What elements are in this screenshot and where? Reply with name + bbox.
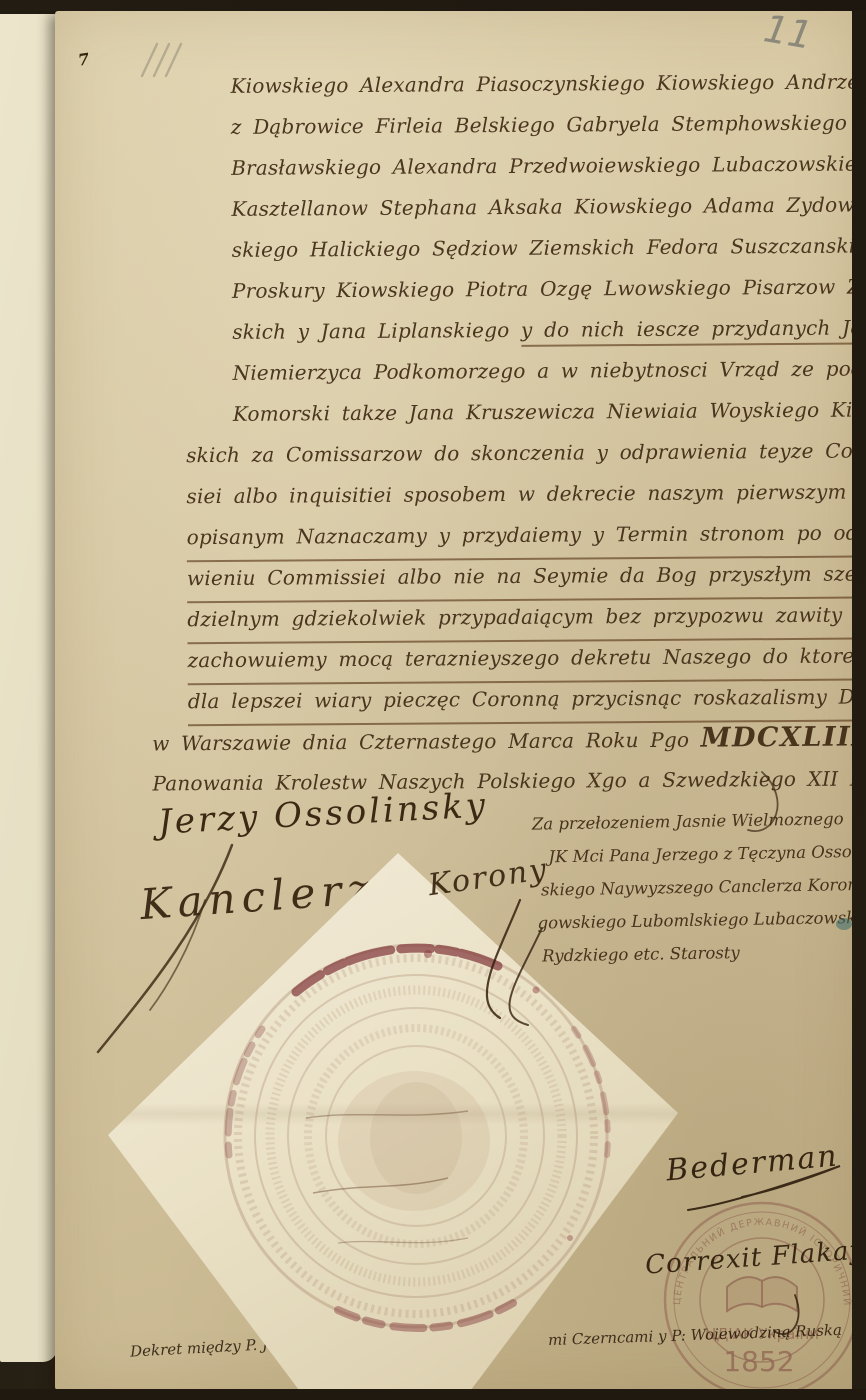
manuscript-line: Proskury Kiowskiego Piotra Ozgę Lwowskie…: [147, 267, 855, 313]
manuscript-line: Kiowskiego Alexandra Piasoczynskiego Kio…: [145, 62, 853, 108]
manuscript-line: skich y Jana Liplanskiego y do nich iesc…: [147, 308, 855, 354]
archive-stamp: ЦЕНТРАЛЬНИЙ ДЕРЖАВНИЙ ІСТОРИЧНИЙ АРХІВ У…: [655, 1195, 866, 1400]
manuscript-text: Kiowskiego Alexandra Piasoczynskiego Kio…: [145, 62, 858, 805]
manuscript-line: Brasławskiego Alexandra Przedwoiewskiego…: [146, 144, 854, 190]
wax-seal-impression: [218, 938, 614, 1334]
folio-number: 11: [761, 6, 816, 58]
manuscript-line: opisanym Naznaczamy y przydaiemy y Termi…: [149, 513, 857, 559]
backdrop-bottom-edge: [0, 1389, 866, 1400]
backdrop-right-edge: [852, 0, 866, 1400]
manuscript-line: dzielnym gdziekolwiek przypadaiącym bez …: [149, 595, 857, 641]
manuscript-line: wieniu Commissiei albo nie na Seymie da …: [149, 554, 857, 600]
archival-photograph: 11 7 Kiowskiego Alexandra Piasoczynskieg…: [0, 0, 866, 1400]
manuscript-line: z Dąbrowice Firleia Belskiego Gabryela S…: [146, 103, 854, 149]
manuscript-line: siei albo inquisitiei sposobem w dekreci…: [148, 472, 856, 518]
manuscript-line: Komorski takze Jana Kruszewicza Niewiaia…: [148, 390, 856, 436]
manuscript-line: zachowuiemy mocą teraznieyszego dekretu …: [149, 636, 857, 682]
manuscript-line: skich za Comissarzow do skonczenia y odp…: [148, 431, 856, 477]
manuscript-line: skiego Halickiego Sędziow Ziemskich Fedo…: [147, 226, 855, 272]
backdrop-top-edge: [0, 0, 866, 11]
stamp-number: 1852: [723, 1345, 794, 1378]
manuscript-line: dla lepszei wiary pieczęc Coronną przyci…: [150, 677, 858, 723]
manuscript-line: Niemierzyca Podkomorzego a w niebytnosci…: [147, 349, 855, 395]
manuscript-line: Kasztellanow Stephana Aksaka Kiowskiego …: [146, 185, 854, 231]
ink-blot: [836, 918, 852, 930]
open-book-icon: [727, 1277, 797, 1311]
underlying-page-edge: [0, 14, 57, 1362]
manuscript-line: w Warszawie dnia Czternastego Marca Roku…: [150, 718, 858, 764]
stamp-label: ЦДІАК України: [705, 1325, 819, 1343]
